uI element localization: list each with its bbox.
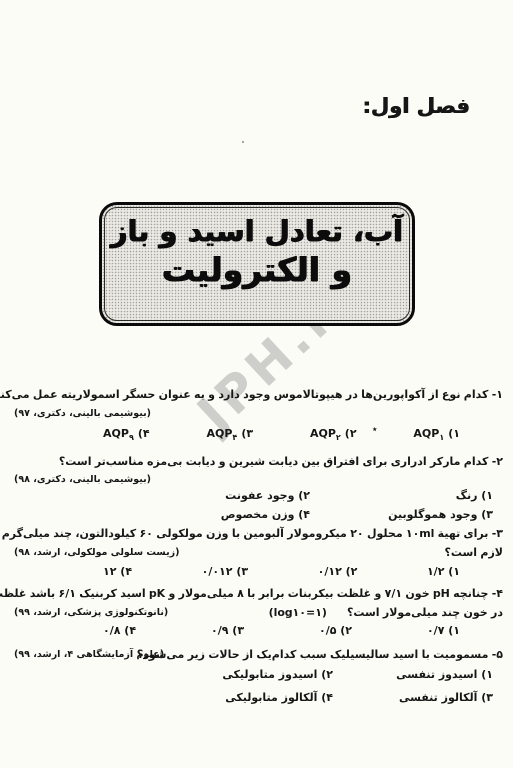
aqp-subscript: ۲ <box>336 433 341 442</box>
question-3-options: ۱) ۱/۲ ۲) ۰/۱۲ ۳) ۰/۰۱۲ ۴) ۱۲ <box>103 565 460 578</box>
q3-option-1: ۱) ۱/۲ <box>427 565 460 578</box>
q1-option-4: ۴)AQP۹ <box>103 427 150 440</box>
option-value: AQP۴ <box>206 427 237 440</box>
q3-option-3: ۳) ۰/۰۱۲ <box>202 565 248 578</box>
q4-line2-text: در خون چند میلی‌مولار است؟ <box>347 606 503 619</box>
question-4-text-line2: در خون چند میلی‌مولار است؟(log۱۰=۱) <box>269 606 503 619</box>
q3-option-4: ۴) ۱۲ <box>103 565 132 578</box>
aqp-subscript: ۴ <box>232 433 237 442</box>
q2-option-4: ۴) وزن مخصوص <box>20 507 310 522</box>
q5-option-1: ۱) اسیدوز تنفسی <box>333 667 493 682</box>
answer-mark-icon: ٭ <box>372 424 377 435</box>
option-value: AQP۹ <box>103 427 134 440</box>
question-4-source: (نانوتکنولوژی پزشکی، ارشد، ۹۹) <box>14 607 168 618</box>
q5-option-2: ۲) اسیدوز متابولیکی <box>20 667 333 682</box>
option-value: AQP۲ <box>310 427 341 440</box>
scanned-book-page: JPH.ir فصل اول: آب، تعادل اسید و باز و ا… <box>0 0 513 768</box>
chapter-heading: فصل اول: <box>363 94 470 118</box>
aqp-label: AQP <box>310 427 336 440</box>
aqp-subscript: ۱ <box>439 433 444 442</box>
question-2-options: ۱) رنگ ۲) وجود عفونت ۳) وجود هموگلوبین ۴… <box>20 488 493 522</box>
question-2-source: (بیوشیمی بالینی، دکتری، ۹۸) <box>14 474 151 485</box>
option-value: AQP۱ <box>413 427 444 440</box>
q4-option-1: ۱) ۰/۷ <box>427 624 460 637</box>
q2-option-2: ۲) وجود عفونت <box>20 488 310 503</box>
option-label: ۳) <box>241 427 253 440</box>
option-label: ۲) <box>345 427 357 440</box>
question-3-source: (زیست سلولی مولکولی، ارشد، ۹۸) <box>14 547 179 558</box>
scan-artifact-dot <box>242 141 244 143</box>
aqp-label: AQP <box>103 427 129 440</box>
aqp-label: AQP <box>413 427 439 440</box>
q1-option-3: ۳)AQP۴ <box>206 427 253 440</box>
q1-option-1: ۱)AQP۱ <box>413 427 460 440</box>
log-formula: (log۱۰=۱) <box>269 606 327 619</box>
question-4-text-line1: ۴- چنانچه pH خون ۷/۱ و غلظت بیکربنات برا… <box>0 587 503 600</box>
question-4-options: ۱) ۰/۷ ۲) ۰/۵ ۳) ۰/۹ ۴) ۰/۸ <box>103 624 460 637</box>
chapter-title-box: آب، تعادل اسید و باز و الکترولیت <box>99 202 415 326</box>
q1-option-2: ۲)AQP۲ <box>310 427 357 440</box>
q3-option-2: ۲) ۰/۱۲ <box>318 565 358 578</box>
q4-option-3: ۳) ۰/۹ <box>211 624 244 637</box>
chapter-title-line1: آب، تعادل اسید و باز <box>102 214 412 248</box>
question-2-text: ۲- کدام مارکر ادراری برای افتراق بین دیا… <box>59 455 503 468</box>
question-1-source: (بیوشیمی بالینی، دکتری، ۹۷) <box>14 408 151 419</box>
question-3-text-line2: لازم است؟ <box>444 546 503 559</box>
aqp-label: AQP <box>206 427 232 440</box>
q2-option-3: ۳) وجود هموگلوبین <box>310 507 493 522</box>
question-5-options: ۱) اسیدوز تنفسی ۲) اسیدوز متابولیکی ۳) آ… <box>20 667 493 705</box>
q4-line1-text: ۴- چنانچه pH خون ۷/۱ و غلظت بیکربنات برا… <box>0 587 503 600</box>
chapter-title-line2: و الکترولیت <box>102 250 412 289</box>
q5-option-3: ۳) آلکالوز تنفسی <box>333 690 493 705</box>
q4-option-4: ۴) ۰/۸ <box>103 624 136 637</box>
q5-option-4: ۴) آلکالوز متابولیکی <box>20 690 333 705</box>
question-3-text-line1: ۳- برای تهیة ۱۰ml محلول ۲۰ میکرومولار آل… <box>0 527 503 540</box>
q2-option-1: ۱) رنگ <box>310 488 493 503</box>
aqp-subscript: ۹ <box>129 433 134 442</box>
q4-option-2: ۲) ۰/۵ <box>319 624 352 637</box>
option-label: ۱) <box>448 427 460 440</box>
question-1-text: ۱- کدام نوع از آکواپورین‌ها در هیپوتالام… <box>0 388 503 401</box>
option-label: ۴) <box>138 427 150 440</box>
question-5-source: (علوم آزمایشگاهی ۴، ارشد، ۹۹) <box>14 649 164 660</box>
question-5-text: ۵- مسمومیت با اسید سالیسیلیک سبب کدام‌یک… <box>137 648 503 661</box>
question-1-options: ۱)AQP۱ ۲)AQP۲ ۳)AQP۴ ۴)AQP۹ <box>103 427 460 440</box>
